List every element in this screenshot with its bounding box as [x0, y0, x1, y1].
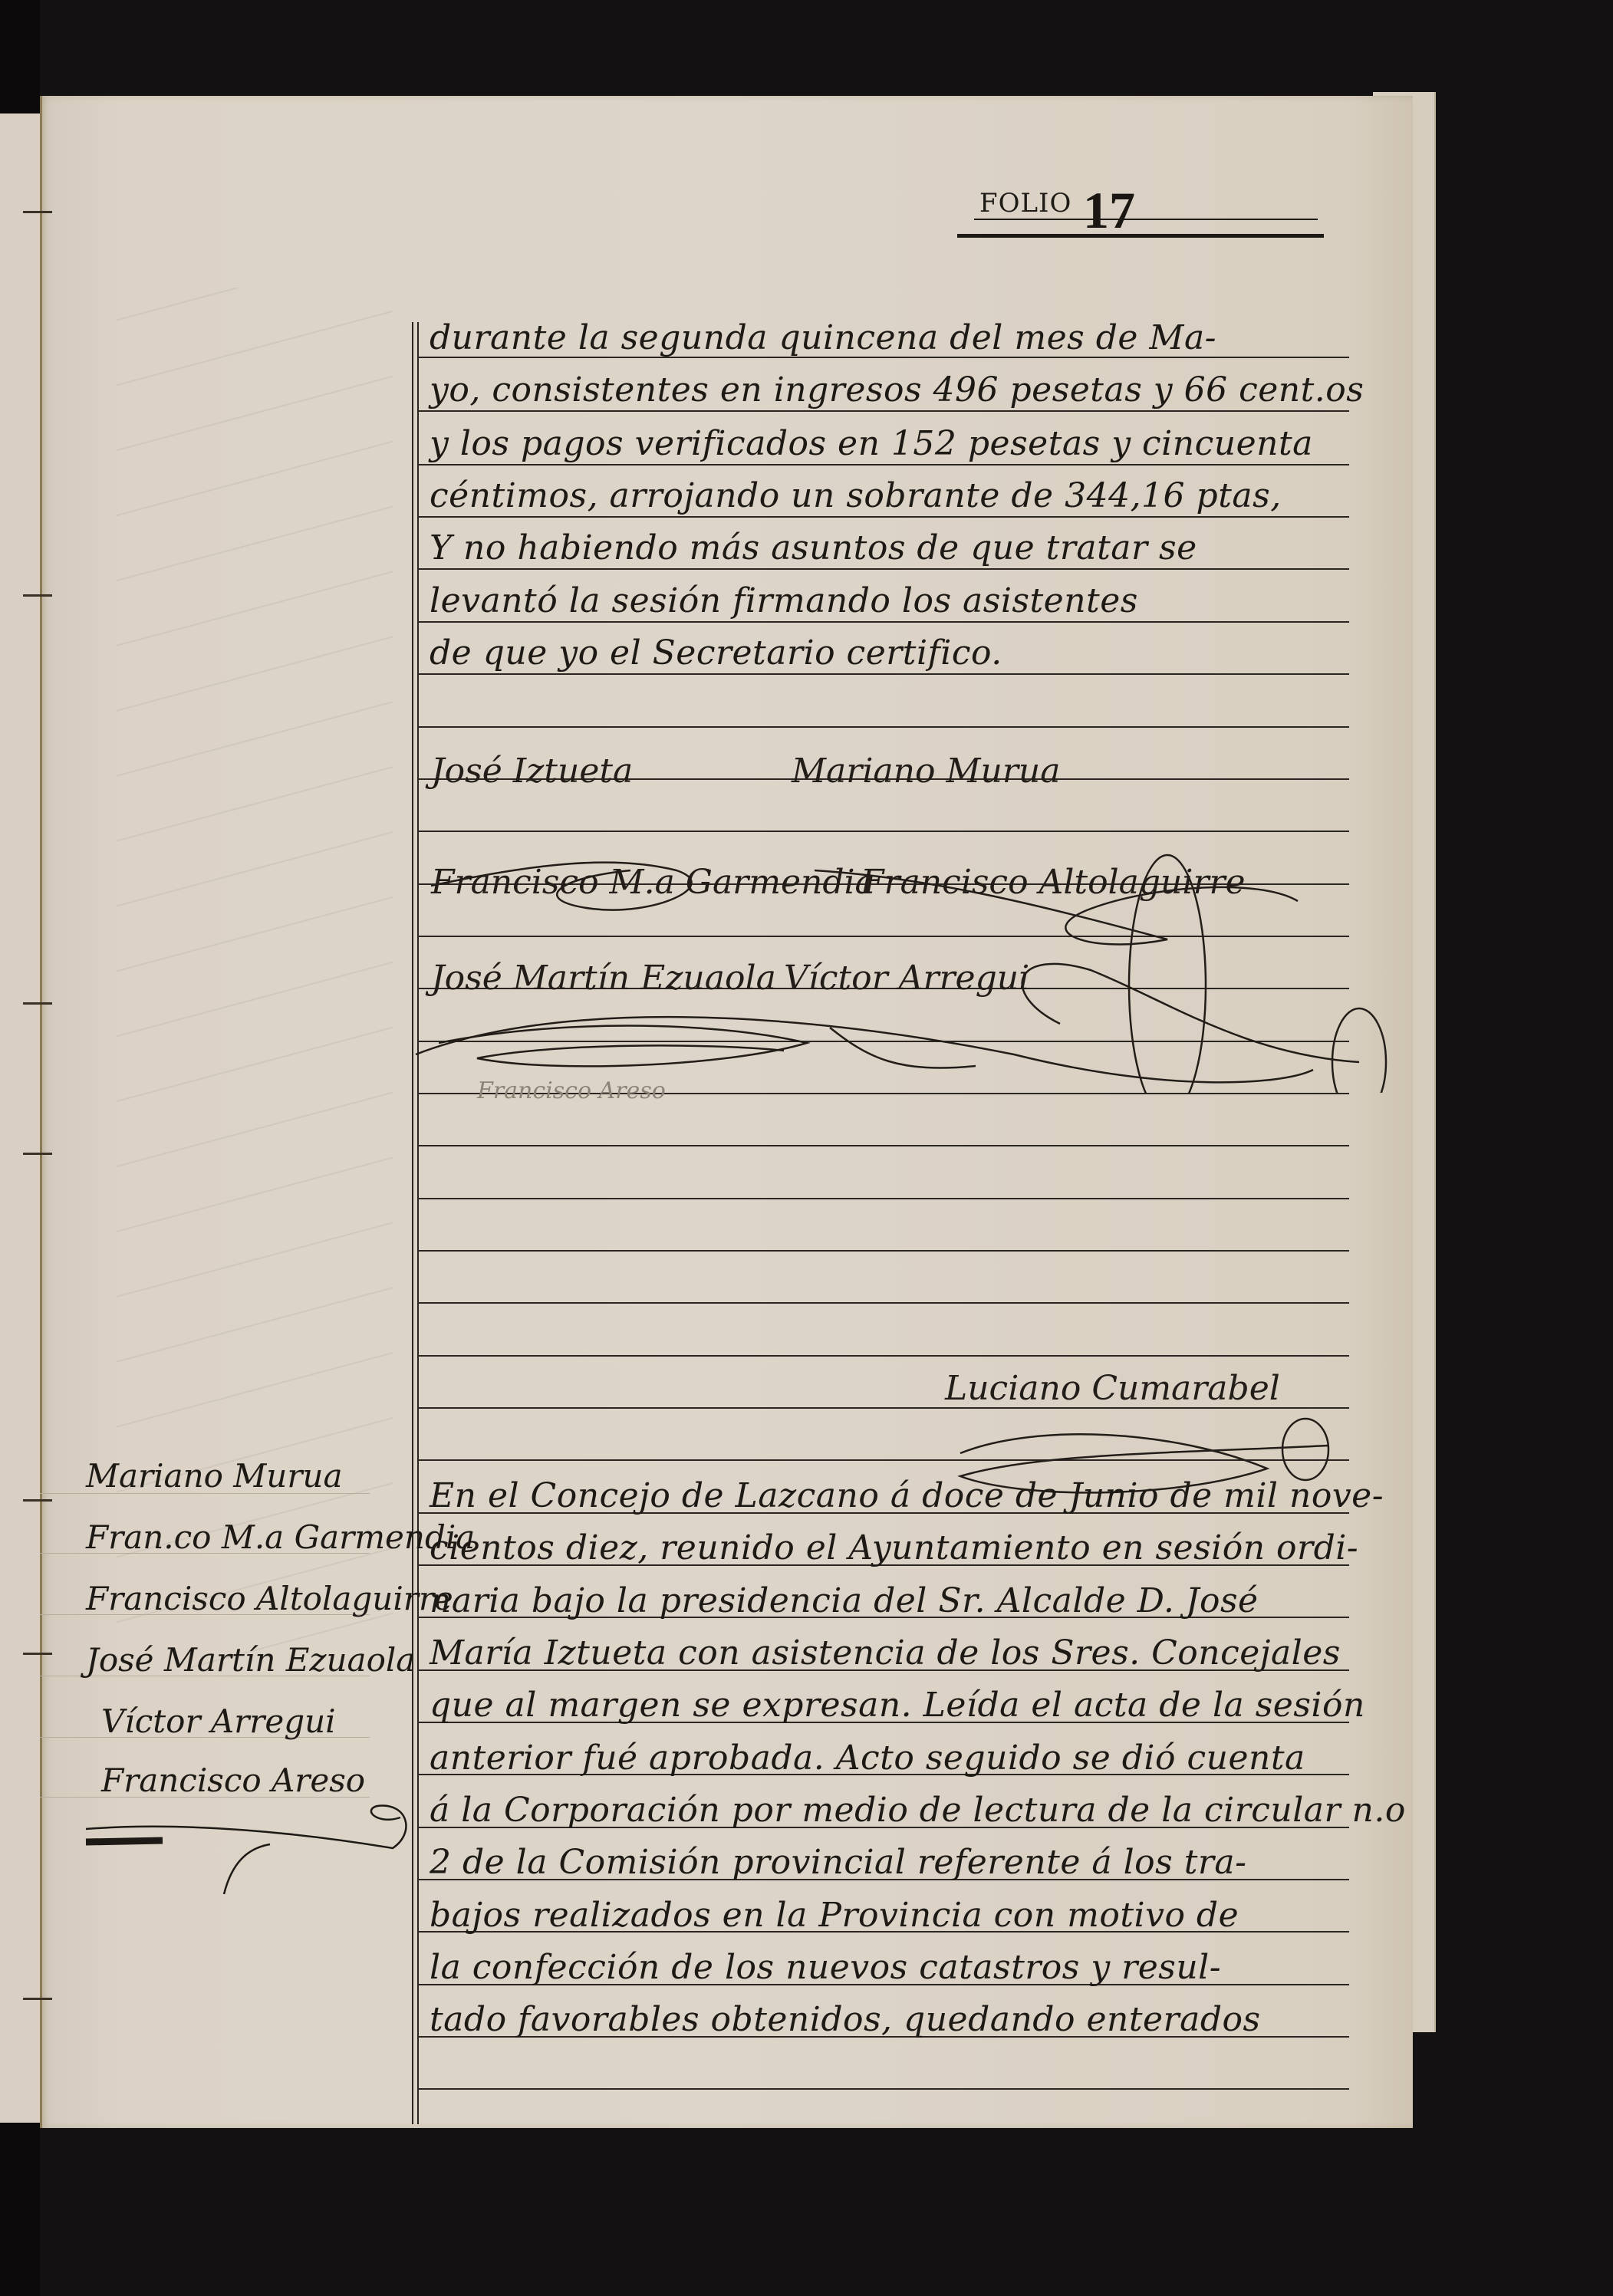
margin-attendee: José Martín Ezuaola	[86, 1641, 415, 1679]
margin-attendee: Víctor Arregui	[101, 1702, 336, 1740]
margin-flourish	[71, 1787, 423, 1894]
text-line: anterior fué aprobada. Acto seguido se d…	[430, 1738, 1305, 1778]
text-line: cientos diez, reunido el Ayuntamiento en…	[430, 1528, 1358, 1567]
binding-stitch	[23, 594, 52, 597]
text-line: naria bajo la presidencia del Sr. Alcald…	[430, 1581, 1259, 1620]
folio-label: FOLIO	[979, 188, 1071, 219]
binding-stitch	[23, 211, 52, 213]
ruled-line	[417, 2088, 1349, 2090]
ruled-line	[417, 726, 1349, 728]
text-line: María Iztueta con asistencia de los Sres…	[430, 1633, 1341, 1673]
text-line: yo, consistentes en ingresos 496 pesetas…	[430, 370, 1364, 410]
text-line: levantó la sesión firmando los asistente…	[430, 581, 1138, 620]
text-line: En el Concejo de Lazcano á doce de Junio…	[430, 1476, 1384, 1515]
binding-stitch	[23, 1998, 52, 2000]
ruled-line	[417, 1198, 1349, 1199]
folio-number: 17	[1083, 180, 1135, 241]
ruled-line	[417, 621, 1349, 623]
margin-attendee: Francisco Altolaguirre	[86, 1580, 453, 1617]
binding-crease	[40, 96, 42, 2128]
folio-underline	[974, 219, 1318, 220]
text-line: tado favorables obtenidos, quedando ente…	[430, 2000, 1261, 2039]
text-line: durante la segunda quincena del mes de M…	[430, 318, 1216, 357]
text-line: 2 de la Comisión provincial referente á …	[430, 1843, 1247, 1882]
text-line: céntimos, arrojando un sobrante de 344,1…	[430, 476, 1282, 515]
ruled-line	[417, 464, 1349, 465]
ruled-line	[417, 673, 1349, 675]
folio-rule	[957, 234, 1324, 238]
facing-page-edge	[0, 113, 40, 2123]
ruled-line	[417, 1355, 1349, 1357]
text-line: á la Corporación por medio de lectura de…	[430, 1791, 1406, 1830]
text-line: y los pagos verificados en 152 pesetas y…	[430, 424, 1313, 463]
binding-stitch	[23, 1653, 52, 1655]
text-line: la confección de los nuevos catastros y …	[430, 1948, 1221, 1987]
ruled-line	[417, 410, 1349, 412]
signature: José Iztueta	[431, 752, 633, 791]
ruled-line	[417, 1302, 1349, 1304]
ruled-line	[417, 568, 1349, 570]
binding-stitch	[23, 1153, 52, 1155]
margin-attendee: Fran.co M.a Garmendia	[86, 1518, 475, 1556]
ledger-page: FOLIO 17 durante la segunda quincena del…	[40, 96, 1413, 2128]
ruled-line	[417, 516, 1349, 518]
secretary-signature: Luciano Cumarabel	[945, 1369, 1280, 1408]
binding-stitch	[23, 1499, 52, 1502]
binding-stitch	[23, 1002, 52, 1005]
margin-attendee: Mariano Murua	[86, 1457, 343, 1495]
signature-flourish	[439, 1012, 976, 1097]
signature: Mariano Murua	[792, 752, 1060, 791]
ruled-line	[417, 1145, 1349, 1146]
ruled-line	[417, 1250, 1349, 1252]
text-line: Y no habiendo más asuntos de que tratar …	[430, 528, 1197, 567]
text-line: bajos realizados en la Provincia con mot…	[430, 1896, 1239, 1935]
text-line: que al margen se expresan. Leída el acta…	[430, 1686, 1365, 1725]
text-line: de que yo el Secretario certifico.	[430, 633, 1002, 673]
